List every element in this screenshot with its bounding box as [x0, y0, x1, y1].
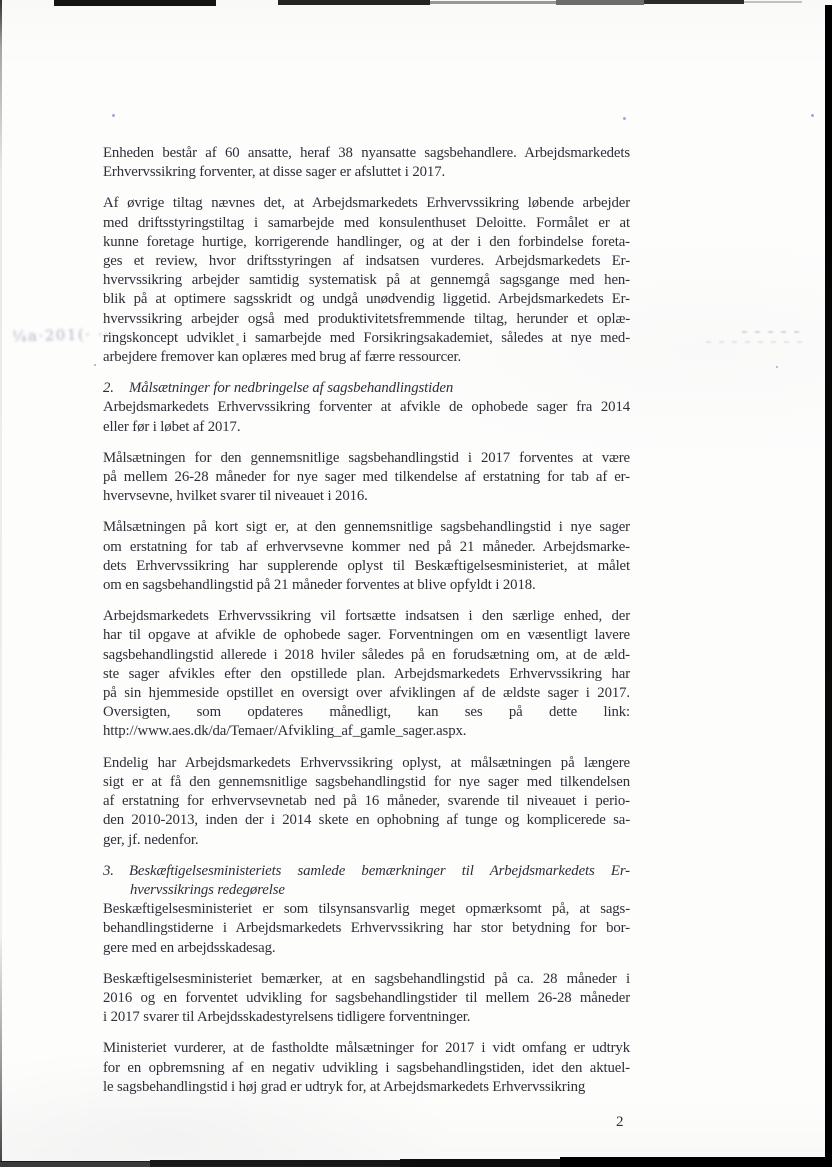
text-line: Ministeriet vurderer, at de fastholdte m… [103, 1039, 630, 1058]
paragraph: Arbejdsmarkedets Erhvervssikring forvent… [103, 398, 630, 436]
text-line: dets Erhvervssikring har supplerende opl… [103, 557, 630, 576]
text-line: Endelig har Arbejdsmarkedets Erhvervssik… [103, 754, 630, 773]
text-line: behandlingstiderne i Arbejdsmarkedets Er… [103, 919, 630, 938]
text-line: Beskæftigelsesministeriet er som tilsyns… [103, 900, 630, 919]
text-line: hvervssikring arbejder samtidig systemat… [103, 271, 630, 290]
heading-number: 3. [103, 862, 129, 881]
paragraph: Arbejdsmarkedets Erhvervssikring vil for… [103, 607, 630, 741]
text-line: Af øvrige tiltag nævnes det, at Arbejdsm… [103, 194, 630, 213]
text-line: Beskæftigelsesministeriet bemærker, at e… [103, 970, 630, 989]
scan-smudge [706, 341, 802, 343]
scan-smudge [742, 331, 804, 333]
text-line: har til opgave at afvikle de ophobede sa… [103, 626, 630, 645]
page-number: 2 [616, 1114, 624, 1131]
text-line: sigt er at få den gennemsnitlige sagsbeh… [103, 773, 630, 792]
scan-border-top [54, 0, 216, 6]
text-line: med driftsstyringstiltag i samarbejde me… [103, 214, 630, 233]
text-line: Erhvervssikring forventer, at disse sage… [103, 163, 630, 182]
scan-border-bottom [0, 1162, 150, 1167]
text-line: kunne foretage hurtige, korrigerende han… [103, 233, 630, 252]
text-line: af erstatning for erhvervsevnetab ned på… [103, 792, 630, 811]
text-line: blik på at optimere sagsskridt og undgå … [103, 290, 630, 309]
text-line: gere med en arbejdsskadesag. [103, 939, 630, 958]
heading-text: Målsætninger for nedbringelse af sagsbeh… [129, 380, 453, 396]
text-line: Målsætningen på kort sigt er, at den gen… [103, 518, 630, 537]
paragraph: Beskæftigelsesministeriet bemærker, at e… [103, 970, 630, 1028]
ink-speck [94, 364, 96, 366]
text-line: på mellem 26-28 måneder for nye sager me… [103, 468, 630, 487]
paragraph: Enheden består af 60 ansatte, heraf 38 n… [103, 144, 630, 182]
ink-dot [776, 366, 778, 368]
text-line: Arbejdsmarkedets Erhvervssikring forvent… [103, 398, 630, 417]
scan-border-top [278, 0, 430, 5]
scan-border-top [744, 1, 802, 3]
paragraph: Målsætningen for den gennemsnitlige sags… [103, 449, 630, 507]
section-heading: 2.Målsætninger for nedbringelse af sagsb… [103, 379, 630, 398]
text-line: arbejdere fremover kan oplæres med brug … [103, 348, 630, 367]
text-line: for en opbremsning af en negativ udvikli… [103, 1059, 630, 1078]
paragraph: Målsætningen på kort sigt er, at den gen… [103, 518, 630, 595]
text-line: Oversigten, som opdateres månedligt, kan… [103, 703, 630, 722]
paragraph: Ministeriet vurderer, at de fastholdte m… [103, 1039, 630, 1097]
text-line: sagsbehandlingstid allerede i 2018 hvile… [103, 646, 630, 665]
scanned-page: ¼a·201(· ··· Enheden består af 60 ansatt… [0, 0, 832, 1167]
text-line: http://www.aes.dk/da/Temaer/Afvikling_af… [103, 722, 630, 741]
scan-border-bottom [150, 1160, 400, 1166]
ink-dot [112, 114, 115, 117]
scan-border-right [825, 5, 832, 1167]
text-line: eller før i løbet af 2017. [103, 418, 630, 437]
text-line: på sin hjemmeside opstillet en oversigt … [103, 684, 630, 703]
scan-border-bottom [400, 1159, 560, 1167]
scan-border-top [556, 0, 644, 5]
paragraph: Beskæftigelsesministeriet er som tilsyns… [103, 900, 630, 958]
text-line: den 2010-2013, inden der i 2014 skete en… [103, 811, 630, 830]
scan-border-left [0, 0, 2, 1167]
text-line: ges et review, hvor driftsstyringen af i… [103, 252, 630, 271]
ink-dot [811, 114, 814, 117]
text-line: 2.Målsætninger for nedbringelse af sagsb… [103, 379, 630, 398]
section-heading: 3.Beskæftigelsesministeriets samlede bem… [103, 862, 630, 900]
text-line: om en sagsbehandlingstid på 21 måneder f… [103, 576, 630, 595]
document-body: Enheden består af 60 ansatte, heraf 38 n… [103, 144, 630, 1109]
scan-border-top [644, 0, 744, 4]
text-line: hvervssikrings redegørelse [103, 881, 630, 900]
text-line: i 2017 svarer til Arbejdsskadestyrelsens… [103, 1008, 630, 1027]
text-line: ringskoncept udviklet i samarbejde med F… [103, 329, 630, 348]
text-line: Arbejdsmarkedets Erhvervssikring vil for… [103, 607, 630, 626]
scan-border-bottom [560, 1157, 832, 1167]
text-line: om erstatning for tab af erhvervsevne ko… [103, 538, 630, 557]
heading-text: Beskæftigelsesministeriets samlede bemær… [129, 863, 630, 879]
text-line: le sagsbehandlingstid i høj grad er udtr… [103, 1078, 630, 1097]
text-line: Målsætningen for den gennemsnitlige sags… [103, 449, 630, 468]
heading-number: 2. [103, 379, 129, 398]
text-line: ste sager afvikles efter den opstillede … [103, 665, 630, 684]
paragraph: Af øvrige tiltag nævnes det, at Arbejdsm… [103, 194, 630, 367]
text-line: hvervsevne, hvilket svarer til niveauet … [103, 487, 630, 506]
text-line: hvervssikring arbejder også med produkti… [103, 310, 630, 329]
text-line: Enheden består af 60 ansatte, heraf 38 n… [103, 144, 630, 163]
paragraph: Endelig har Arbejdsmarkedets Erhvervssik… [103, 754, 630, 850]
ink-dot [623, 117, 626, 120]
text-line: 3.Beskæftigelsesministeriets samlede bem… [103, 862, 630, 881]
scan-border-top [430, 1, 556, 4]
text-line: ger, jf. nedenfor. [103, 831, 630, 850]
text-line: 2016 og en forventet udvikling for sagsb… [103, 989, 630, 1008]
